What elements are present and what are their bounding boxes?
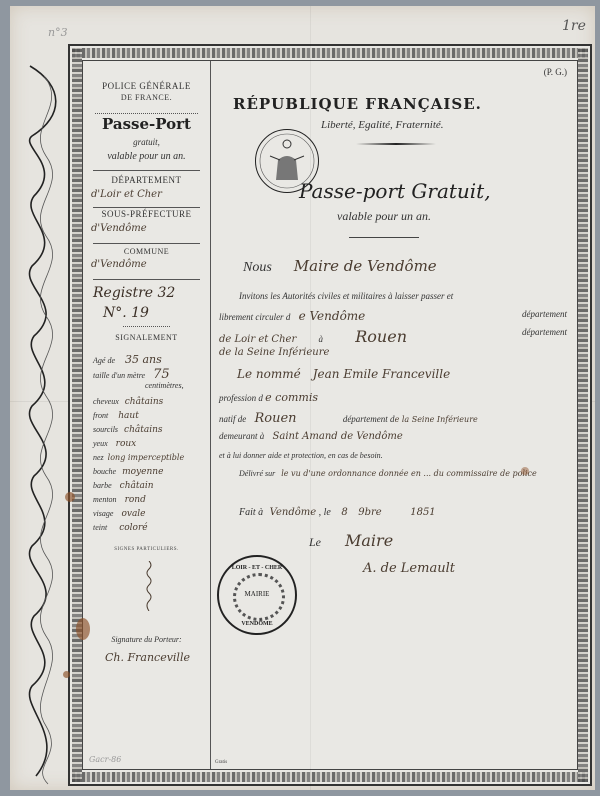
circuler-label: librement circuler d bbox=[219, 312, 290, 322]
fait-line: Fait à Vendôme , le 8 9bre 1851 bbox=[239, 507, 436, 518]
natif-value: Rouen bbox=[255, 411, 297, 426]
divider bbox=[349, 237, 419, 238]
destination-line: de Loir et Cher à Rouen département bbox=[219, 327, 567, 346]
pg-mark: (P. G.) bbox=[544, 67, 567, 77]
border-right bbox=[578, 48, 588, 782]
to-dept-value: de la Seine Inférieure bbox=[219, 347, 329, 358]
gratis-label: Gratis bbox=[215, 760, 227, 765]
field-label: cheveux bbox=[93, 397, 119, 406]
field-value: 75 bbox=[153, 367, 170, 382]
stub-title: Passe-Port bbox=[83, 115, 210, 133]
field-sourcils: sourcils châtains bbox=[93, 425, 210, 435]
fait-date-label: , le bbox=[319, 507, 331, 518]
field-yeux: yeux roux bbox=[93, 439, 210, 449]
circuler-value: e Vendôme bbox=[299, 309, 366, 323]
nous-line: Nous Maire de Vendôme bbox=[243, 257, 437, 276]
field-label: menton bbox=[93, 495, 117, 504]
natif-label: natif de bbox=[219, 414, 246, 424]
nomme-label: Le nommé bbox=[237, 367, 301, 381]
protection-line: et à lui donner aide et protection, en c… bbox=[219, 451, 383, 460]
signature-label: Signature du Porteur: bbox=[83, 635, 210, 644]
demeurant-line: demeurant à Saint Amand de Vendôme bbox=[219, 431, 403, 442]
invitation-line: Invitons les Autorités civiles et milita… bbox=[239, 291, 453, 301]
divider bbox=[93, 170, 200, 171]
field-value: châtains bbox=[125, 397, 163, 407]
field-cheveux: cheveux châtains bbox=[93, 397, 210, 407]
departement-label: DÉPARTEMENT bbox=[83, 175, 210, 185]
profession-value: e commis bbox=[265, 391, 318, 404]
natif-dept-value: e la Seine Inférieure bbox=[395, 415, 478, 424]
bearer-signature: Ch. Franceville bbox=[105, 651, 210, 664]
ornamental-frame: POLICE GÉNÉRALE DE FRANCE. Passe-Port gr… bbox=[68, 44, 592, 786]
field-taille: taille d'un mètre 75 bbox=[93, 367, 210, 382]
field-label: bouche bbox=[93, 467, 116, 476]
field-teint: teint coloré bbox=[93, 523, 210, 533]
field-age: Agé de 35 ans bbox=[93, 353, 210, 366]
maire-signature: A. de Lemault bbox=[363, 561, 455, 576]
field-label: barbe bbox=[93, 481, 112, 490]
signes-particuliers-label: SIGNES PARTICULIERS. bbox=[83, 547, 210, 552]
passport-document: n°3 1re POLICE GÉNÉRALE DE FRANCE. Passe… bbox=[10, 6, 595, 790]
sous-prefecture-value: d'Vendôme bbox=[91, 223, 210, 234]
profession-label: profession d bbox=[219, 393, 263, 403]
field-centimetres: centimètres, bbox=[145, 381, 210, 390]
nous-label: Nous bbox=[243, 260, 272, 275]
inner-frame: POLICE GÉNÉRALE DE FRANCE. Passe-Port gr… bbox=[82, 60, 578, 770]
field-label: teint bbox=[93, 523, 107, 532]
demeurant-value: Saint Amand de Vendôme bbox=[273, 431, 403, 442]
stamp-center-text: MAIRIE bbox=[219, 590, 295, 598]
corner-note-left: n°3 bbox=[48, 26, 68, 39]
field-bouche: bouche moyenne bbox=[93, 467, 210, 477]
commune-label: COMMUNE bbox=[83, 247, 210, 256]
border-left bbox=[72, 48, 82, 782]
field-nez: nez long imperceptible bbox=[93, 453, 210, 462]
stub-column: POLICE GÉNÉRALE DE FRANCE. Passe-Port gr… bbox=[83, 61, 211, 769]
ornamental-rule bbox=[356, 143, 436, 145]
divider bbox=[93, 207, 200, 208]
natif-dept-label: département d bbox=[343, 414, 395, 424]
maire-line: Le Maire bbox=[309, 531, 393, 551]
stamp-bottom-text: VENDÔME bbox=[219, 621, 295, 627]
mairie-stamp: LOIR - ET - CHER MAIRIE VENDÔME bbox=[217, 555, 297, 635]
field-label: nez bbox=[93, 453, 104, 462]
corner-note-right: 1re bbox=[562, 18, 586, 34]
republic-motto: Liberté, Egalité, Fraternité. bbox=[321, 119, 444, 131]
natif-line: natif de Rouen département de la Seine I… bbox=[219, 411, 567, 426]
border-top bbox=[72, 48, 588, 58]
maire-title: Maire bbox=[345, 531, 393, 550]
fait-place: Vendôme bbox=[270, 507, 316, 518]
ink-stain bbox=[63, 671, 70, 678]
nomme-value: Jean Emile Franceville bbox=[313, 367, 451, 381]
fait-day: 8 bbox=[341, 507, 347, 518]
field-visage: visage ovale bbox=[93, 509, 210, 519]
police-header-2: DE FRANCE. bbox=[83, 93, 210, 102]
border-bottom bbox=[72, 772, 588, 782]
field-label: sourcils bbox=[93, 425, 118, 434]
circuler-line: librement circuler d e Vendôme départeme… bbox=[219, 309, 567, 323]
fait-year: 1851 bbox=[410, 507, 435, 518]
field-front: front haut bbox=[93, 411, 210, 421]
field-value: roux bbox=[116, 439, 137, 449]
field-value: châtains bbox=[124, 425, 162, 435]
field-value: coloré bbox=[119, 523, 147, 533]
police-seal bbox=[255, 129, 319, 193]
field-value: haut bbox=[118, 411, 139, 421]
demeurant-label: demeurant à bbox=[219, 431, 264, 441]
delivre-line: Délivré sur le vu d'une ordonnance donné… bbox=[239, 469, 567, 478]
passport-title: Passe-port Gratuit, bbox=[299, 179, 491, 203]
divider bbox=[95, 113, 198, 114]
field-value: 35 ans bbox=[125, 353, 162, 366]
divider bbox=[93, 243, 200, 244]
signalement-label: SIGNALEMENT bbox=[83, 333, 210, 342]
le-label: Le bbox=[309, 535, 321, 549]
field-label: visage bbox=[93, 509, 113, 518]
squiggle-mark bbox=[145, 561, 153, 611]
ink-stain bbox=[521, 467, 529, 475]
commune-value: d'Vendôme bbox=[91, 259, 210, 270]
archive-note: Gacr-86 bbox=[89, 755, 210, 764]
nous-value: Maire de Vendôme bbox=[294, 257, 437, 275]
divider bbox=[93, 279, 200, 280]
main-column: (P. G.) RÉPUBLIQUE FRANÇAISE. Liberté, E… bbox=[211, 61, 577, 769]
delivre-label: Délivré sur bbox=[239, 469, 275, 478]
field-label: taille d'un mètre bbox=[93, 371, 145, 380]
field-menton: menton rond bbox=[93, 495, 210, 505]
registre-number: Registre 32 bbox=[93, 285, 210, 301]
ink-stain bbox=[65, 492, 75, 502]
stub-validity: valable pour un an. bbox=[83, 151, 210, 162]
field-value: ovale bbox=[121, 509, 145, 519]
stamp-top-text: LOIR - ET - CHER bbox=[219, 565, 295, 571]
field-value: châtain bbox=[120, 481, 154, 491]
fait-label: Fait à bbox=[239, 507, 263, 518]
field-barbe: barbe châtain bbox=[93, 481, 210, 491]
field-value: rond bbox=[125, 495, 146, 505]
departement-word: département bbox=[522, 309, 567, 319]
field-value: long imperceptible bbox=[108, 453, 185, 462]
entry-number: N°. 19 bbox=[103, 305, 210, 321]
field-label: front bbox=[93, 411, 108, 420]
field-label: yeux bbox=[93, 439, 108, 448]
field-label: Agé de bbox=[93, 356, 115, 365]
field-value: moyenne bbox=[122, 467, 163, 477]
departement-value: d'Loir et Cher bbox=[91, 189, 210, 200]
departement-word: département bbox=[522, 327, 567, 337]
divider bbox=[123, 326, 170, 327]
ink-stain bbox=[76, 618, 90, 640]
nomme-line: Le nommé Jean Emile Franceville bbox=[237, 365, 450, 383]
squiggle-icon bbox=[145, 561, 153, 611]
a-label: à bbox=[318, 334, 323, 344]
republic-title: RÉPUBLIQUE FRANÇAISE. bbox=[233, 95, 482, 113]
delivre-value: le vu d'une ordonnance donnée en ... du … bbox=[281, 469, 537, 478]
passport-validity: valable pour un an. bbox=[337, 209, 431, 224]
sous-prefecture-label: SOUS-PRÉFECTURE bbox=[83, 209, 210, 219]
fait-month: 9bre bbox=[358, 507, 381, 518]
police-header-1: POLICE GÉNÉRALE bbox=[83, 81, 210, 91]
field-label: centimètres, bbox=[145, 381, 184, 390]
stub-subtitle: gratuit, bbox=[83, 137, 210, 147]
from-dept-value: de Loir et Cher bbox=[219, 334, 296, 345]
destination-value: Rouen bbox=[355, 327, 407, 346]
profession-line: profession d e commis bbox=[219, 391, 318, 404]
